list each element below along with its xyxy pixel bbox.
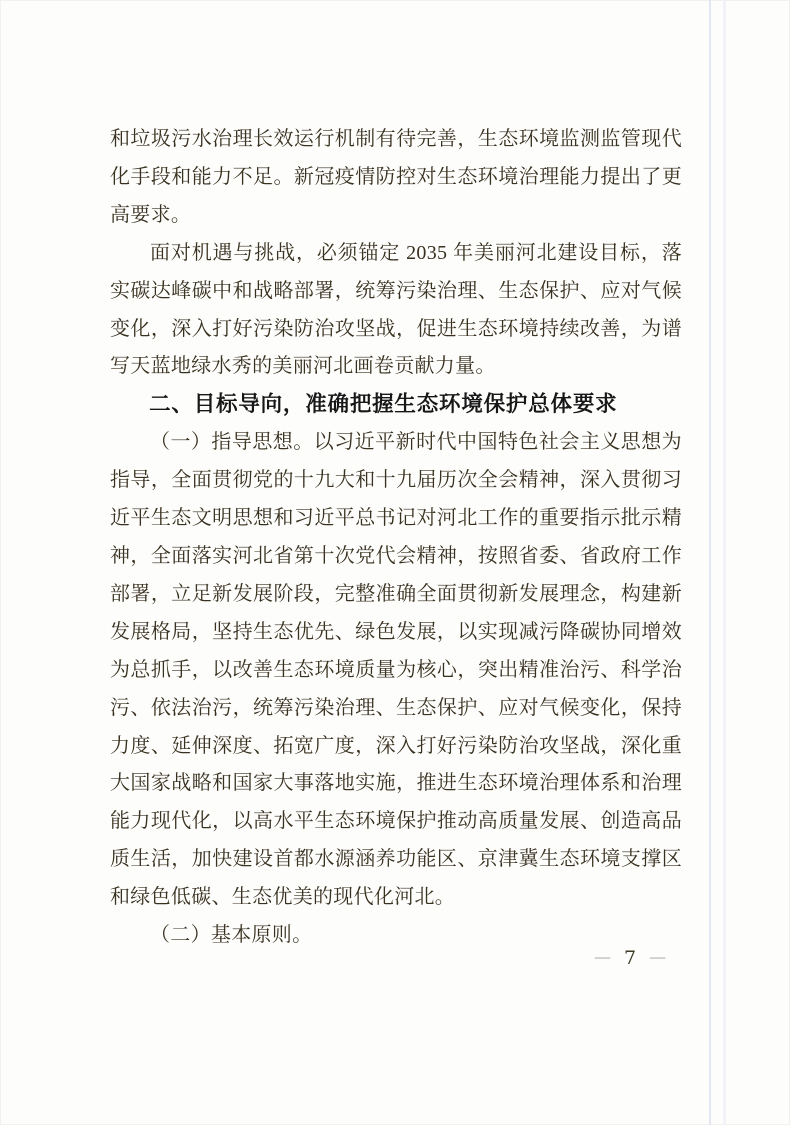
page-number: — 7 — [594, 946, 666, 970]
page-number-dash-left: — [594, 948, 611, 967]
scanned-document-page: 和垃圾污水治理长效运行机制有待完善，生态环境监测监管现代化手段和能力不足。新冠疫… [0, 0, 790, 1125]
paragraph-guiding-ideology: （一）指导思想。以习近平新时代中国特色社会主义思想为指导，全面贯彻党的十九大和十… [110, 424, 682, 917]
page-number-dash-right: — [649, 948, 666, 967]
scan-edge-line [709, 0, 711, 1125]
paragraph-opportunities-challenges: 面对机遇与挑战，必须锚定 2035 年美丽河北建设目标，落实碳达峰碳中和战略部署… [110, 235, 682, 387]
scan-edge-line-faint [723, 0, 726, 1125]
paragraph-continuation: 和垃圾污水治理长效运行机制有待完善，生态环境监测监管现代化手段和能力不足。新冠疫… [110, 121, 682, 235]
section-heading-2: 二、目标导向，准确把握生态环境保护总体要求 [110, 386, 682, 424]
document-body: 和垃圾污水治理长效运行机制有待完善，生态环境监测监管现代化手段和能力不足。新冠疫… [110, 121, 682, 955]
page-number-value: 7 [624, 946, 636, 970]
